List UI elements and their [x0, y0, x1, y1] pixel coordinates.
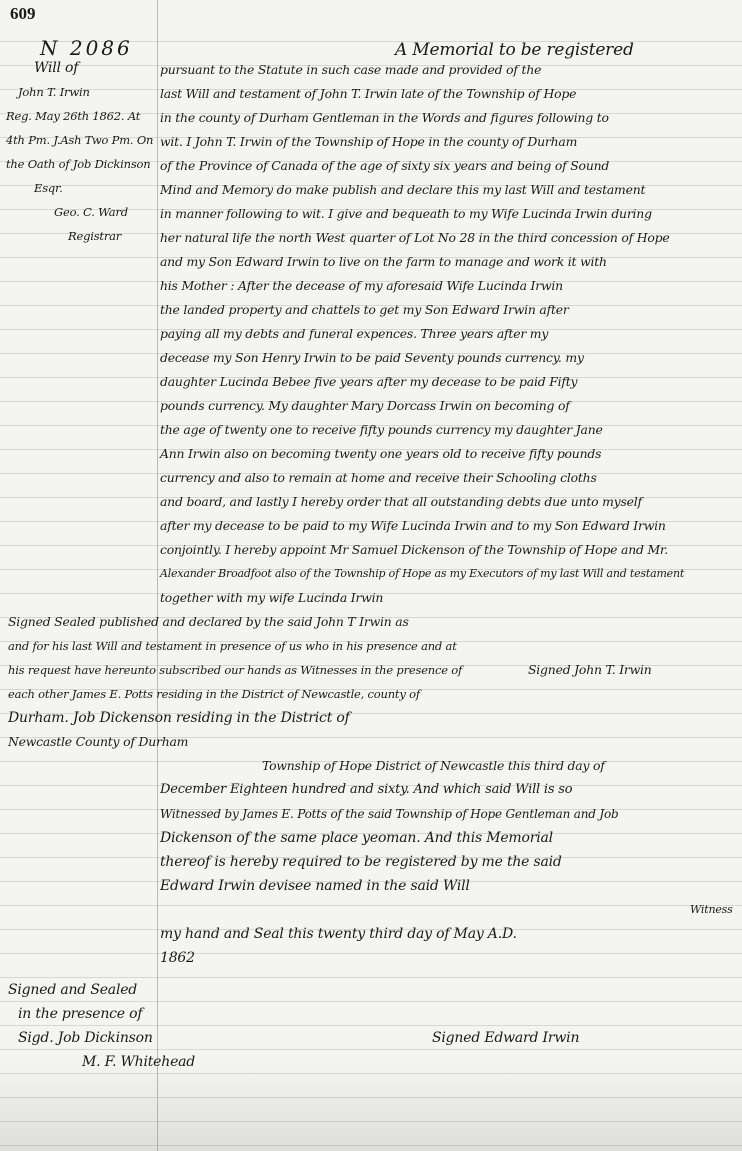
memorial-line: last Will and testament of John T. Irwin…: [160, 82, 576, 106]
attestation-line: each other James E. Potts residing in th…: [8, 682, 420, 706]
memorial-line: pounds currency. My daughter Mary Dorcas…: [160, 394, 570, 418]
margin-note-name: John T. Irwin: [18, 80, 90, 104]
margin-rule: [157, 0, 158, 1151]
memorial-line: after my decease to be paid to my Wife L…: [160, 514, 666, 538]
margin-note-registrar-title: Registrar: [68, 224, 121, 248]
witness-signature: Sigd. Job Dickinson: [18, 1026, 153, 1050]
seal-line: my hand and Seal this twenty third day o…: [160, 922, 517, 946]
memorial-line: wit. I John T. Irwin of the Township of …: [160, 130, 577, 154]
memorial-line: of the Province of Canada of the age of …: [160, 154, 609, 178]
memorial-line: his Mother : After the decease of my afo…: [160, 274, 563, 298]
memorial-line: Alexander Broadfoot also of the Township…: [160, 562, 684, 586]
closing-line: Township of Hope District of Newcastle t…: [262, 754, 605, 778]
closing-line: Witnessed by James E. Potts of the said …: [160, 802, 618, 826]
margin-note-registrar-name: Geo. C. Ward: [54, 200, 128, 224]
memorial-line: together with my wife Lucinda Irwin: [160, 586, 383, 610]
closing-line: Dickenson of the same place yeoman. And …: [160, 826, 553, 850]
memorial-line: and my Son Edward Irwin to live on the f…: [160, 250, 607, 274]
memorial-line: the age of twenty one to receive fifty p…: [160, 418, 603, 442]
memorial-line: pursuant to the Statute in such case mad…: [160, 58, 541, 82]
memorial-line: conjointly. I hereby appoint Mr Samuel D…: [160, 538, 668, 562]
memorial-line: in manner following to wit. I give and b…: [160, 202, 652, 226]
memorialist-signature: Signed Edward Irwin: [432, 1026, 579, 1050]
margin-note-oath: the Oath of Job Dickinson: [6, 152, 150, 176]
memorial-line: the landed property and chattels to get …: [160, 298, 569, 322]
memorial-line: decease my Son Henry Irwin to be paid Se…: [160, 346, 584, 370]
attestation-line: Newcastle County of Durham: [8, 730, 188, 754]
memorial-line: her natural life the north West quarter …: [160, 226, 670, 250]
presence-line: Signed and Sealed: [8, 978, 137, 1002]
memorial-line: Ann Irwin also on becoming twenty one ye…: [160, 442, 601, 466]
margin-note-title: Will of: [34, 56, 78, 80]
attestation-line: his request have hereunto subscribed our…: [8, 658, 462, 682]
attestation-line: and for his last Will and testament in p…: [8, 634, 457, 658]
closing-line: thereof is hereby required to be registe…: [160, 850, 562, 874]
folio-number: 609: [10, 4, 36, 24]
memorial-line: currency and also to remain at home and …: [160, 466, 597, 490]
witness-word: Witness: [690, 898, 733, 922]
margin-note-esq: Esqr.: [34, 176, 63, 200]
margin-note-time: 4th Pm. J.Ash Two Pm. On: [6, 128, 153, 152]
memorial-line: paying all my debts and funeral expences…: [160, 322, 548, 346]
seal-year: 1862: [160, 946, 195, 970]
attestation-line: Durham. Job Dickenson residing in the Di…: [8, 706, 350, 730]
memorial-line: daughter Lucinda Bebee five years after …: [160, 370, 577, 394]
margin-note-registered: Reg. May 26th 1862. At: [6, 104, 140, 128]
witness-signature: M. F. Whitehead: [82, 1050, 195, 1074]
memorial-line: in the county of Durham Gentleman in the…: [160, 106, 609, 130]
memorial-line: and board, and lastly I hereby order tha…: [160, 490, 642, 514]
testator-signature: Signed John T. Irwin: [528, 658, 652, 682]
attestation-line: Signed Sealed published and declared by …: [8, 610, 409, 634]
presence-line: in the presence of: [18, 1002, 142, 1026]
closing-line: Edward Irwin devisee named in the said W…: [160, 874, 470, 898]
closing-line: December Eighteen hundred and sixty. And…: [160, 778, 572, 802]
memorial-line: Mind and Memory do make publish and decl…: [160, 178, 645, 202]
register-page: 609 N 2086 Will of John T. Irwin Reg. Ma…: [0, 0, 742, 1151]
